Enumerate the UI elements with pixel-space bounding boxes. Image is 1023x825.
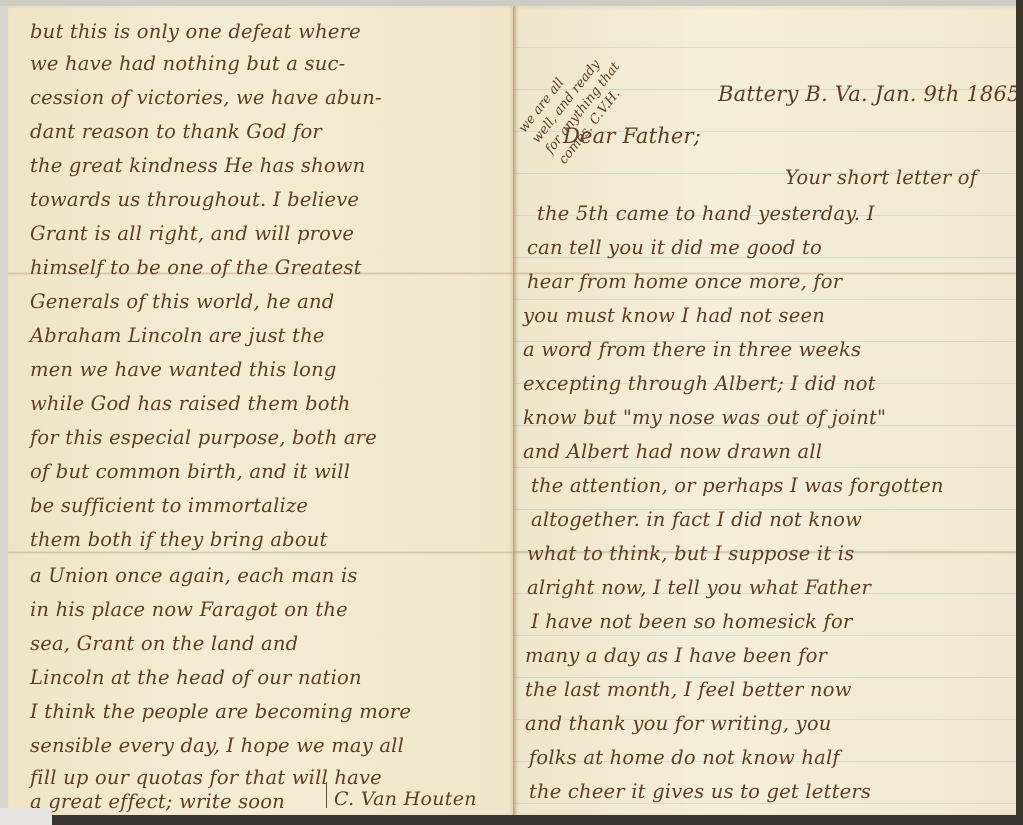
letter-line: a great effect; write soon	[30, 790, 285, 813]
letter-line: sensible every day, I hope we may all	[30, 734, 404, 757]
letter-line: altogether. in fact I did not know	[531, 508, 862, 531]
letter-line: the great kindness He has shown	[30, 154, 365, 177]
letter-line: hear from home once more, for	[527, 270, 842, 293]
scan-frame-right	[1016, 0, 1023, 825]
letter-line: know but "my nose was out of joint"	[523, 406, 886, 429]
letter-line: for this especial purpose, both are	[30, 426, 377, 449]
letter-line: in his place now Faragot on the	[30, 598, 348, 621]
letter-page-left: but this is only one defeat where we hav…	[8, 6, 513, 816]
letter-line: and Albert had now drawn all	[523, 440, 822, 463]
letter-line: towards us throughout. I believe	[30, 188, 359, 211]
letter-line: what to think, but I suppose it is	[527, 542, 854, 565]
salutation: Dear Father;	[563, 124, 701, 148]
letter-line: excepting through Albert; I did not	[523, 372, 876, 395]
scan-frame-bottom	[0, 815, 1023, 825]
letter-line: a word from there in three weeks	[523, 338, 861, 361]
letter-line: Your short letter of	[785, 166, 977, 189]
scan-frame-corner	[0, 808, 52, 825]
signature-separator	[326, 782, 327, 808]
letter-line: the last month, I feel better now	[525, 678, 852, 701]
letter-line: the attention, or perhaps I was forgotte…	[531, 474, 944, 497]
paper-fold-horizontal	[8, 551, 513, 554]
letter-line: Generals of this world, he and	[30, 290, 334, 313]
dateline: Battery B. Va. Jan. 9th 1865	[718, 82, 1016, 106]
letter-line: sea, Grant on the land and	[30, 632, 298, 655]
letter-line: alright now, I tell you what Father	[527, 576, 871, 599]
letter-line: the 5th came to hand yesterday. I	[537, 202, 875, 225]
letter-line: men we have wanted this long	[30, 358, 337, 381]
letter-line: Abraham Lincoln are just the	[30, 324, 325, 347]
letter-line: of but common birth, and it will	[30, 460, 350, 483]
letter-line: himself to be one of the Greatest	[30, 256, 362, 279]
letter-line: dant reason to thank God for	[30, 120, 322, 143]
letter-line: but this is only one defeat where	[30, 20, 361, 43]
letter-page-right: we are all well, and ready for anything …	[513, 6, 1016, 816]
letter-line: can tell you it did me good to	[527, 236, 822, 259]
letter-line: you must know I had not seen	[523, 304, 825, 327]
letter-line: many a day as I have been for	[525, 644, 827, 667]
letter-line: we have had nothing but a suc-	[30, 52, 345, 75]
letter-line: and thank you for writing, you	[525, 712, 832, 735]
letter-line: the cheer it gives us to get letters	[529, 780, 871, 803]
letter-line: be sufficient to immortalize	[30, 494, 308, 517]
letter-line: I have not been so homesick for	[531, 610, 852, 633]
letter-line: while God has raised them both	[30, 392, 351, 415]
letter-line: them both if they bring about	[30, 528, 328, 551]
letter-line: Grant is all right, and will prove	[30, 222, 354, 245]
letter-line: I think the people are becoming more	[30, 700, 411, 723]
letter-line: folks at home do not know half	[529, 746, 840, 769]
margin-note: we are all well, and ready for anything …	[515, 38, 637, 168]
letter-line: fill up our quotas for that will have	[30, 766, 382, 789]
letter-line: cession of victories, we have abun-	[30, 86, 382, 109]
signature: C. Van Houten	[334, 788, 477, 810]
letter-line: Lincoln at the head of our nation	[30, 666, 362, 689]
letter-line: a Union once again, each man is	[30, 564, 358, 587]
